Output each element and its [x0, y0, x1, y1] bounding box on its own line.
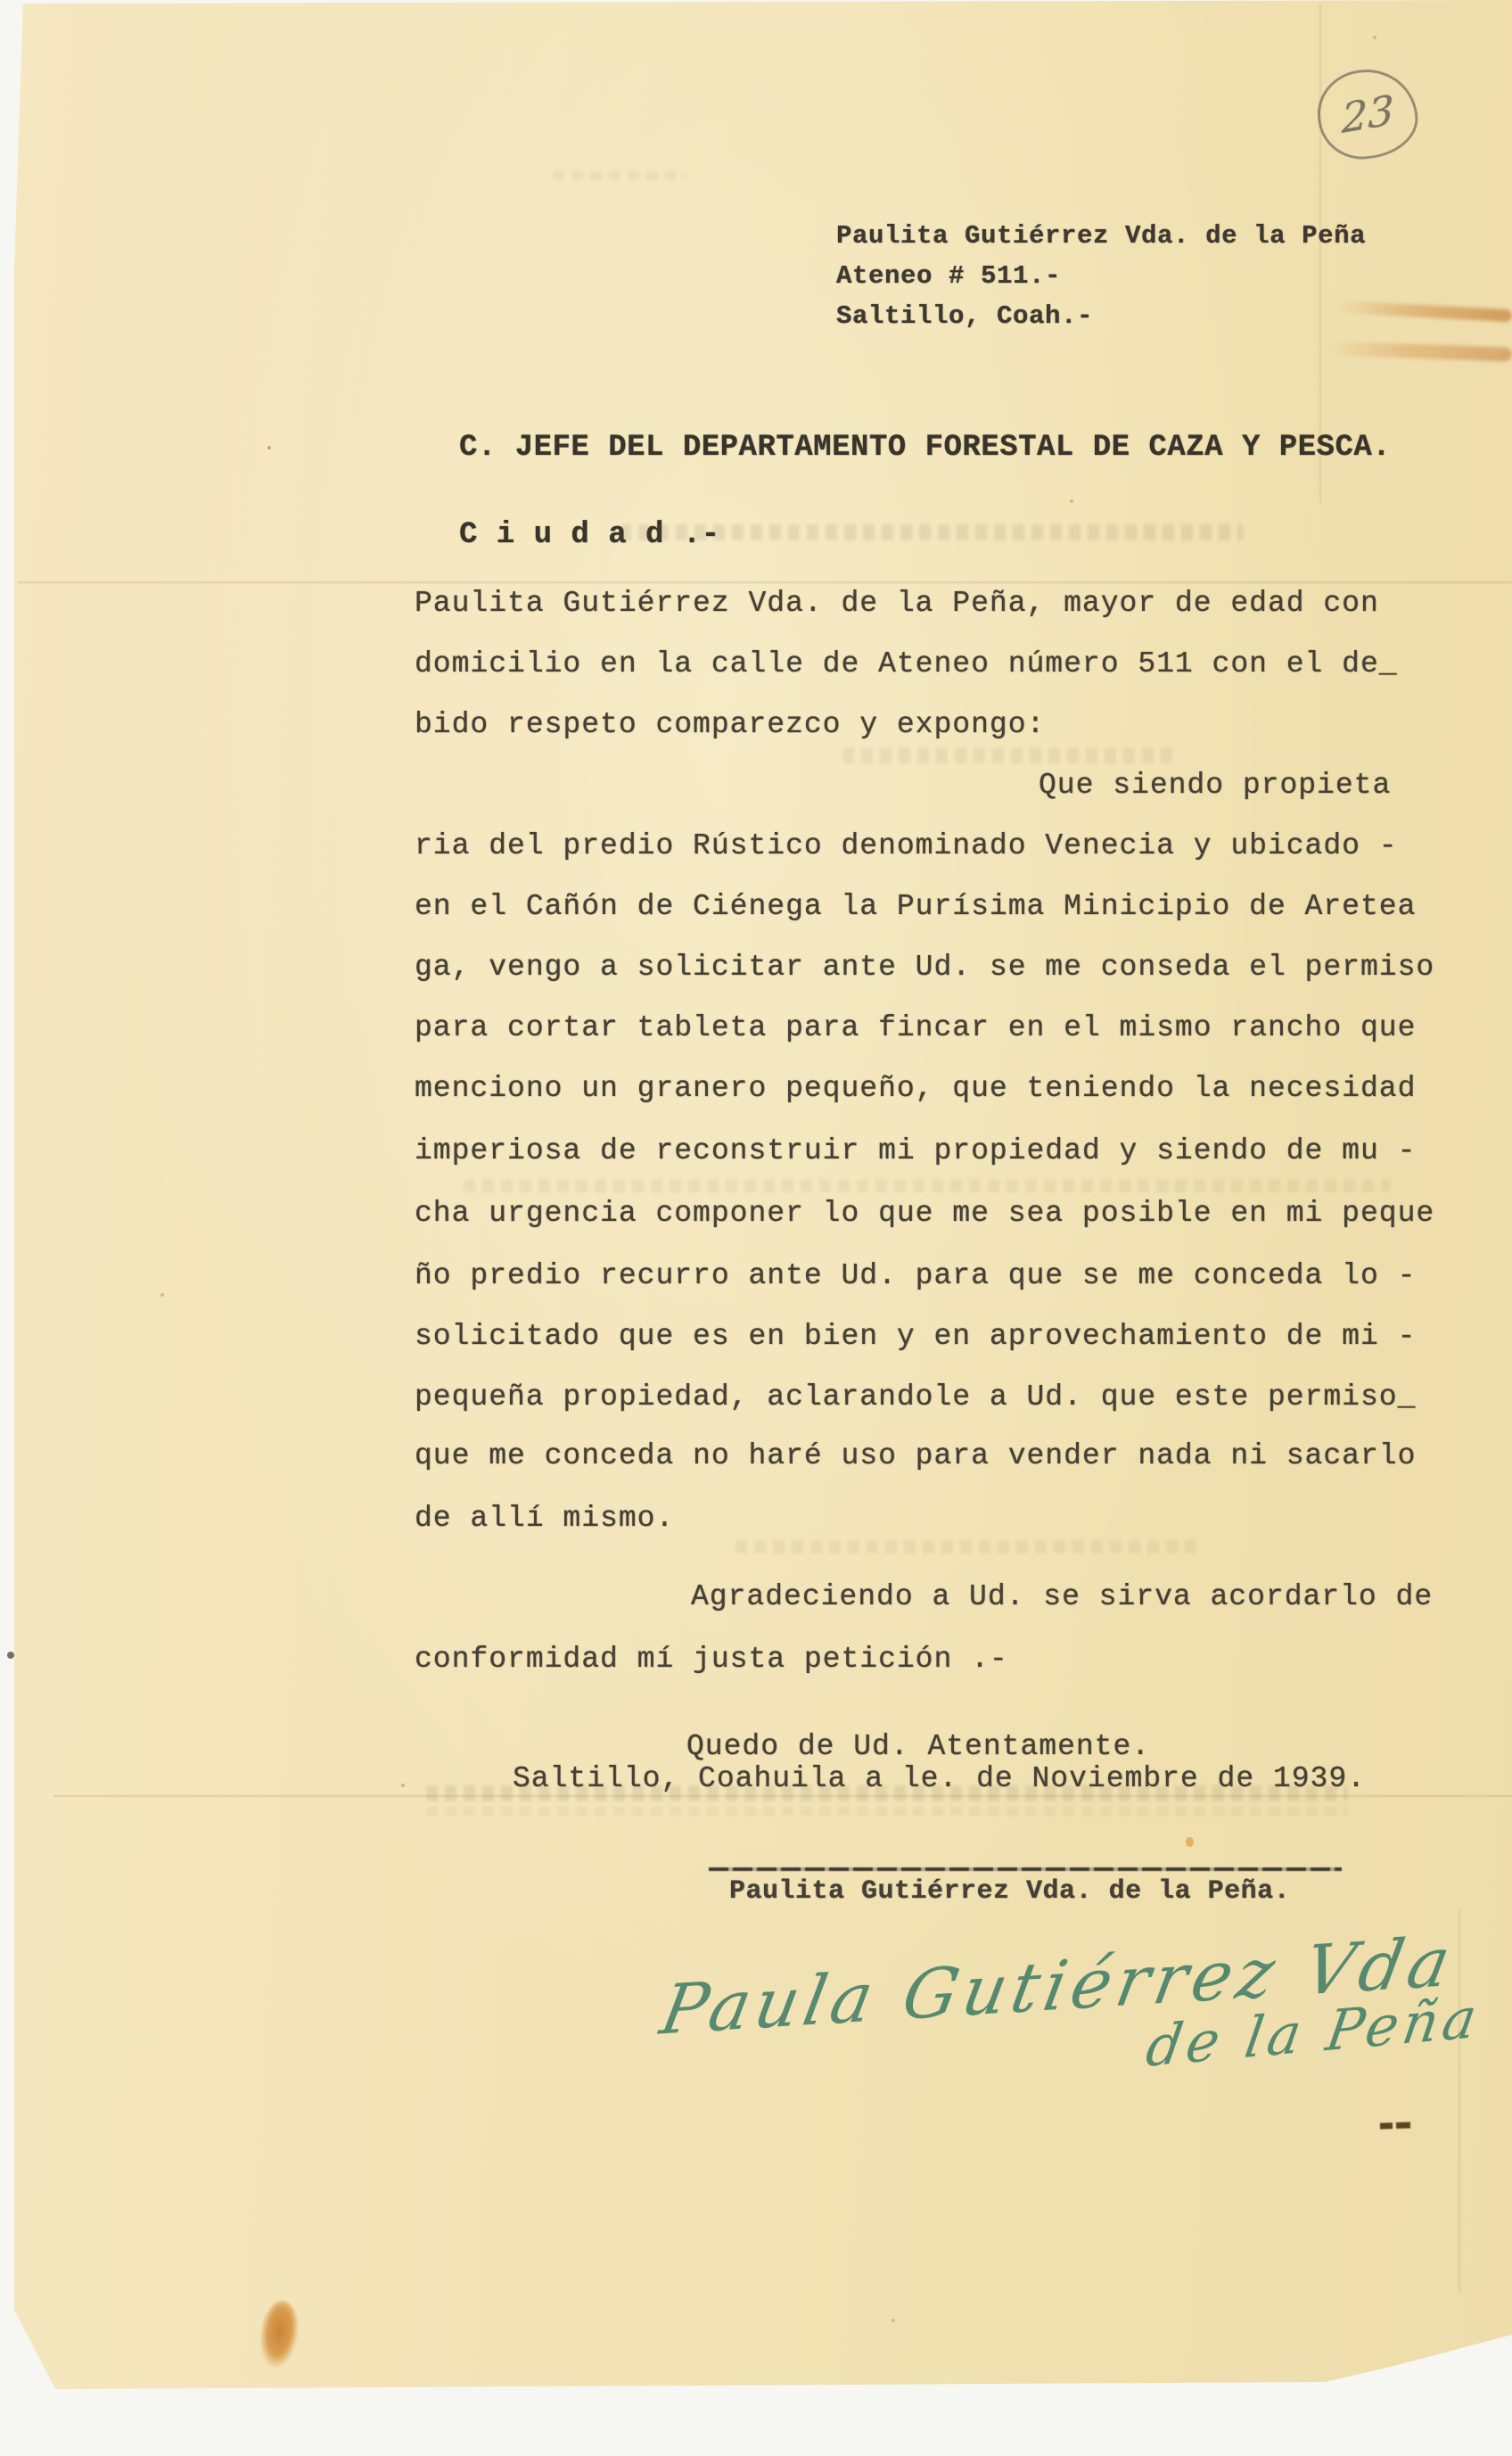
- closing-line: Agradeciendo a Ud. se sirva acordarlo de: [691, 1580, 1433, 1613]
- ghost-ink-smudge: [464, 1179, 1391, 1192]
- body-line: de allí mismo.: [415, 1502, 674, 1535]
- page-number-annotation: 23: [1342, 86, 1394, 143]
- sender-street-line: Ateneo # 511.-: [836, 261, 1061, 291]
- body-line: bido respeto comparezco y expongo:: [415, 708, 1045, 741]
- ghost-ink-smudge: [842, 747, 1172, 763]
- body-line: en el Cañón de Ciénega la Purísima Minic…: [415, 890, 1416, 923]
- sender-city-line: Saltillo, Coah.-: [836, 301, 1093, 331]
- margin-speck: [7, 1652, 14, 1659]
- fold-crease-horizontal: [53, 1795, 1512, 1797]
- body-line: imperiosa de reconstruir mi propiedad y …: [415, 1134, 1416, 1167]
- body-line: menciono un granero pequeño, que teniend…: [415, 1072, 1416, 1105]
- paper-speck: [1186, 1837, 1194, 1847]
- body-line: Paulita Gutiérrez Vda. de la Peña, mayor…: [415, 587, 1379, 620]
- paper-speck: [267, 446, 271, 449]
- body-line: ño predio recurro ante Ud. para que se m…: [415, 1259, 1416, 1292]
- body-line-indented: Que siendo propieta: [1039, 769, 1391, 802]
- body-line: cha urgencia componer lo que me sea posi…: [415, 1197, 1434, 1230]
- ghost-ink-smudge: [735, 1540, 1199, 1554]
- typed-signature-rule: [709, 1867, 1342, 1871]
- ghost-ink-smudge: [426, 1785, 1348, 1801]
- ghost-ink-smudge: [620, 524, 1244, 540]
- body-line: que me conceda no haré uso para vender n…: [415, 1439, 1416, 1472]
- ghost-ink-smudge: [553, 171, 686, 180]
- typed-signature: Paulita Gutiérrez Vda. de la Peña.: [729, 1876, 1290, 1907]
- fold-crease-vertical: [1319, 4, 1321, 503]
- fold-crease-horizontal: [18, 581, 1512, 583]
- ghost-ink-smudge: [426, 1807, 1348, 1816]
- body-line: ga, vengo a solicitar ante Ud. se me con…: [415, 951, 1434, 984]
- scanned-letter-page: 23 Paulita Gutiérrez Vda. de la Peña Ate…: [0, 0, 1512, 2456]
- fold-crease-vertical: [1459, 1908, 1460, 2292]
- ink-dash-mark: [1380, 2122, 1410, 2129]
- closing-line: conformidad mí justa petición .-: [415, 1643, 1008, 1676]
- body-line: para cortar tableta para fincar en el mi…: [415, 1011, 1416, 1044]
- body-line: solicitado que es en bien y en aprovecha…: [415, 1320, 1416, 1353]
- body-line: domicilio en la calle de Ateneo número 5…: [415, 647, 1398, 680]
- body-line: pequeña propiedad, aclarandole a Ud. que…: [415, 1380, 1416, 1413]
- body-line: ria del predio Rústico denominado Veneci…: [415, 829, 1398, 862]
- recipient-title-line: C. JEFE DEL DEPARTAMENTO FORESTAL DE CAZ…: [459, 431, 1391, 465]
- sender-name-line: Paulita Gutiérrez Vda. de la Peña: [836, 221, 1366, 251]
- valediction-line: Quedo de Ud. Atentamente.: [686, 1730, 1150, 1763]
